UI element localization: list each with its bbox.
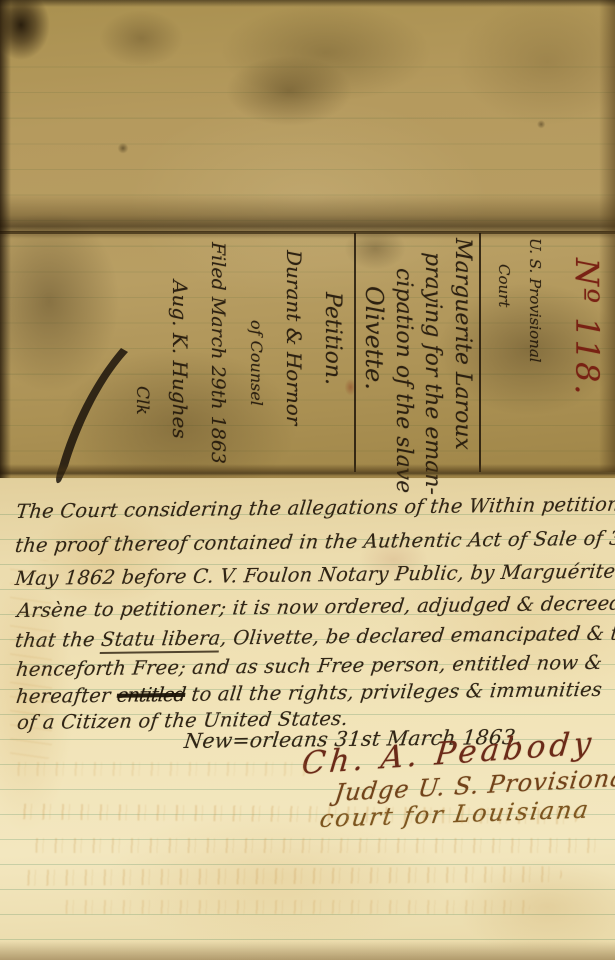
docket-case-number: Nº 118. xyxy=(536,258,606,408)
page-edge-bottom xyxy=(0,941,615,960)
fold-crease xyxy=(0,194,615,232)
docket-filed-date: Filed March 29th 1863 xyxy=(199,236,237,478)
docket-title-line: cipation of the slave xyxy=(389,238,419,472)
page-edge-right xyxy=(599,0,615,472)
docket-of-counsel: of Counsel xyxy=(237,236,275,478)
docket-filing-line: Petition. xyxy=(313,236,351,478)
page-edge-left xyxy=(0,0,11,478)
docket-court-line: Court xyxy=(488,238,519,432)
docket-attorneys: Durant & Hornor xyxy=(275,236,313,478)
document-scan: U. S. Provisional Court Nº 118. Margueri… xyxy=(0,0,615,960)
docket-vertical-rule-left xyxy=(354,233,356,472)
paper-fold-edge xyxy=(0,464,615,479)
docket-clerk-signature: Aug. K. Hughes xyxy=(161,236,199,478)
docket-top-rule xyxy=(0,231,615,234)
docket-title-line: Marguerite Laroux xyxy=(448,238,478,472)
bleed-through-marks xyxy=(60,900,530,914)
bleed-through-marks xyxy=(12,762,312,776)
decree-text: , Olivette, be declared emancipated & to… xyxy=(219,621,615,649)
docket-filing-notes: Petition. Durant & Hornor of Counsel Fil… xyxy=(119,236,351,478)
underlined-phrase: Statu libera xyxy=(100,626,222,653)
page-edge-top xyxy=(0,0,615,7)
struck-out-word: entitled xyxy=(116,683,187,707)
bleed-through-marks xyxy=(30,838,600,853)
bleed-through-marks xyxy=(10,560,52,760)
docket-title-line: Olivette. xyxy=(359,238,389,472)
damage-blotch xyxy=(0,0,50,60)
docket-vertical-rule-right xyxy=(479,233,481,472)
docket-title-line: praying for the eman- xyxy=(418,238,448,472)
docket-case-title: Marguerite Laroux praying for the eman- … xyxy=(358,238,477,472)
